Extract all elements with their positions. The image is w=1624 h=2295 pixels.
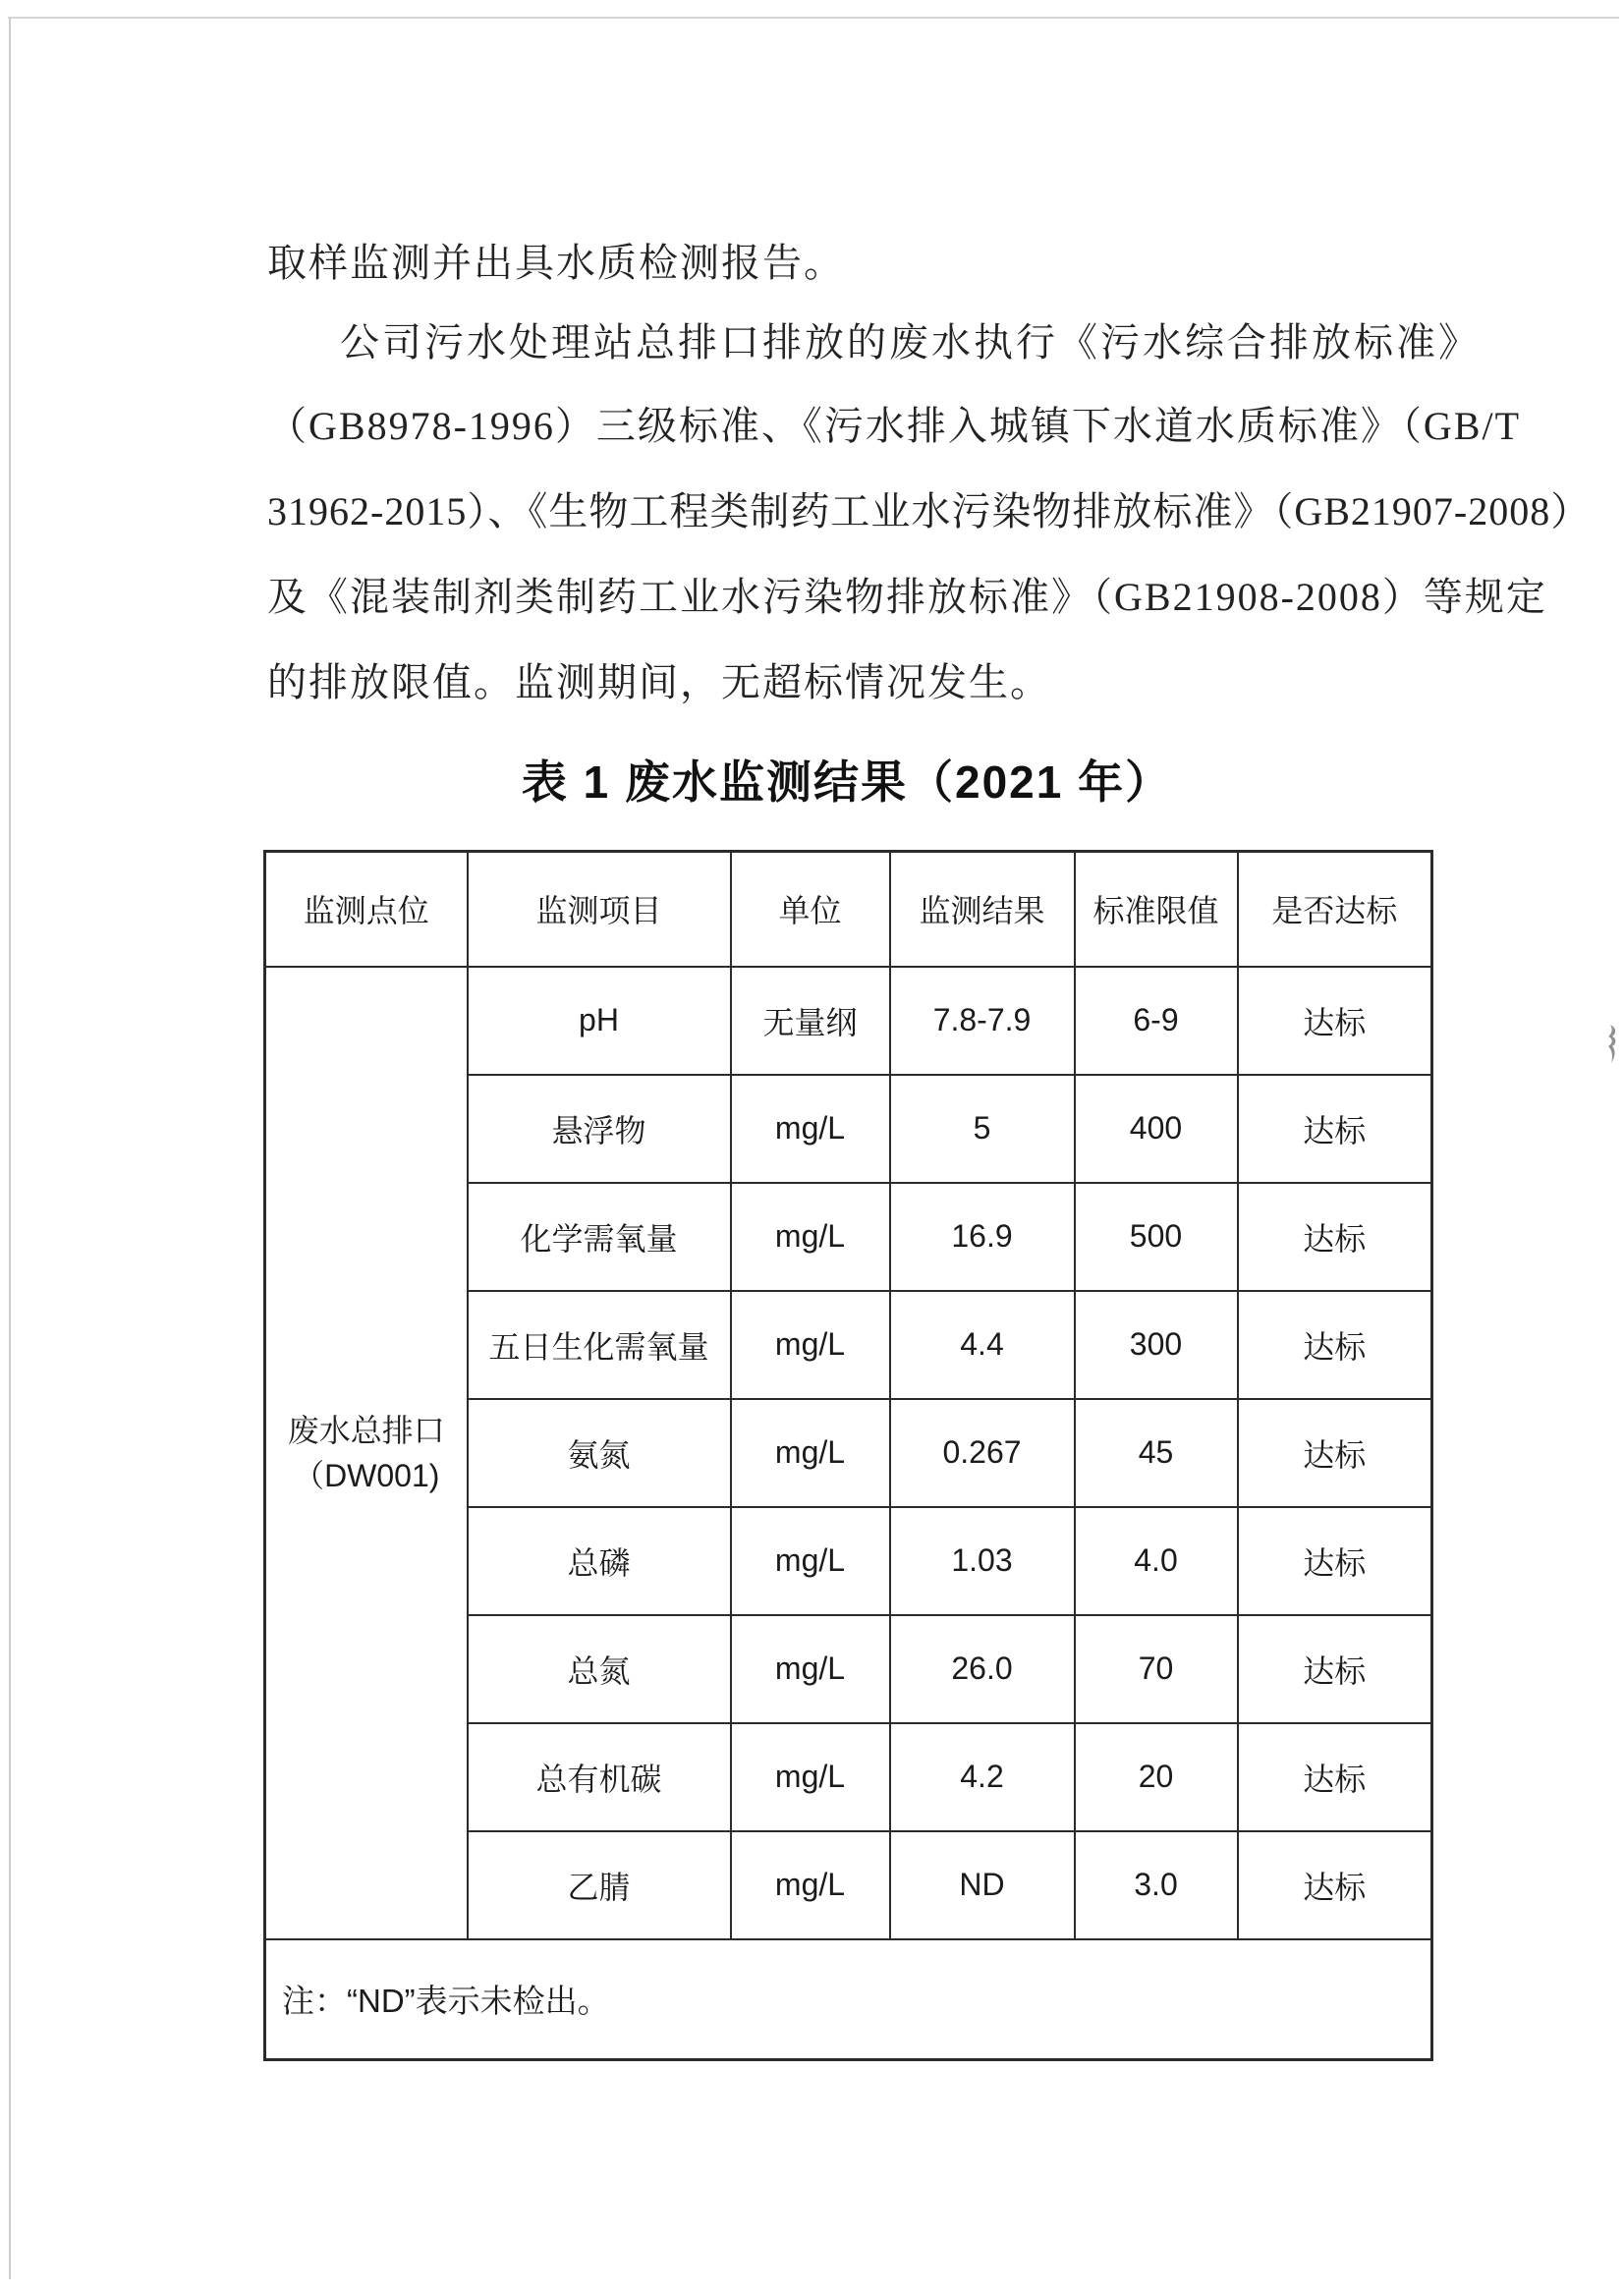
cell-limit: 20 — [1075, 1723, 1238, 1831]
cell-result: 7.8-7.9 — [890, 967, 1075, 1075]
cell-unit: mg/L — [731, 1291, 890, 1399]
paragraph-line: 的排放限值。监测期间，无超标情况发生。 — [267, 661, 1436, 704]
cell-status: 达标 — [1238, 967, 1432, 1075]
scan-edge-top — [8, 17, 1619, 19]
monitoring-results-table: 监测点位 监测项目 单位 监测结果 标准限值 是否达标 废水总排口 （DW001… — [263, 850, 1433, 2061]
cell-item: 总有机碳 — [468, 1723, 731, 1831]
header-unit: 单位 — [731, 852, 890, 967]
cell-item: 总氮 — [468, 1615, 731, 1723]
cell-result: 1.03 — [890, 1507, 1075, 1615]
cell-limit: 500 — [1075, 1183, 1238, 1291]
cell-status: 达标 — [1238, 1183, 1432, 1291]
paragraph-line: （GB8978-1996）三级标准、《污水排入城镇下水道水质标准》（GB/T — [267, 405, 1436, 448]
table-title: 表 1 废水监测结果（2021 年） — [263, 747, 1430, 812]
cell-result: 16.9 — [890, 1183, 1075, 1291]
cell-unit: mg/L — [731, 1615, 890, 1723]
cell-limit: 3.0 — [1075, 1831, 1238, 1939]
cell-status: 达标 — [1238, 1399, 1432, 1507]
cell-limit: 45 — [1075, 1399, 1238, 1507]
cell-result: 4.4 — [890, 1291, 1075, 1399]
cell-unit: 无量纲 — [731, 967, 890, 1075]
cell-result: ND — [890, 1831, 1075, 1939]
table-note-row: 注：“ND”表示未检出。 — [265, 1939, 1432, 2060]
cell-status: 达标 — [1238, 1831, 1432, 1939]
cell-item: 乙腈 — [468, 1831, 731, 1939]
cell-result: 0.267 — [890, 1399, 1075, 1507]
cell-limit: 300 — [1075, 1291, 1238, 1399]
header-standard-limit: 标准限值 — [1075, 852, 1238, 967]
header-monitoring-point: 监测点位 — [265, 852, 468, 967]
cell-site: 废水总排口 （DW001) — [265, 967, 468, 1939]
paragraph-line: 31962-2015）、《生物工程类制药工业水污染物排放标准》（GB21907-… — [267, 490, 1436, 533]
cell-result: 5 — [890, 1075, 1075, 1183]
cell-status: 达标 — [1238, 1291, 1432, 1399]
document-page: 取样监测并出具水质检测报告。 公司污水处理站总排口排放的废水执行《污水综合排放标… — [0, 0, 1624, 2295]
cell-status: 达标 — [1238, 1723, 1432, 1831]
scan-edge-left — [9, 17, 11, 2279]
cell-limit: 400 — [1075, 1075, 1238, 1183]
cell-status: 达标 — [1238, 1075, 1432, 1183]
header-result: 监测结果 — [890, 852, 1075, 967]
paragraph-line: 取样监测并出具水质检测报告。 — [267, 242, 1436, 285]
table-note: 注：“ND”表示未检出。 — [265, 1939, 1432, 2060]
cell-unit: mg/L — [731, 1507, 890, 1615]
cell-unit: mg/L — [731, 1723, 890, 1831]
pen-mark-artifact — [1603, 1024, 1619, 1065]
site-name: 废水总排口 — [270, 1408, 463, 1453]
cell-item: pH — [468, 967, 731, 1075]
header-compliance: 是否达标 — [1238, 852, 1432, 967]
header-monitoring-item: 监测项目 — [468, 852, 731, 967]
cell-limit: 70 — [1075, 1615, 1238, 1723]
paragraph-line: 公司污水处理站总排口排放的废水执行《污水综合排放标准》 — [267, 321, 1436, 364]
cell-limit: 4.0 — [1075, 1507, 1238, 1615]
site-code: （DW001) — [270, 1453, 463, 1498]
cell-unit: mg/L — [731, 1075, 890, 1183]
cell-item: 总磷 — [468, 1507, 731, 1615]
table-row: 废水总排口 （DW001) pH 无量纲 7.8-7.9 6-9 达标 — [265, 967, 1432, 1075]
cell-result: 4.2 — [890, 1723, 1075, 1831]
cell-item: 五日生化需氧量 — [468, 1291, 731, 1399]
table-header-row: 监测点位 监测项目 单位 监测结果 标准限值 是否达标 — [265, 852, 1432, 967]
cell-unit: mg/L — [731, 1831, 890, 1939]
cell-item: 悬浮物 — [468, 1075, 731, 1183]
cell-result: 26.0 — [890, 1615, 1075, 1723]
paragraph-line: 及《混装制剂类制药工业水污染物排放标准》（GB21908-2008）等规定 — [267, 576, 1436, 619]
cell-limit: 6-9 — [1075, 967, 1238, 1075]
cell-status: 达标 — [1238, 1507, 1432, 1615]
cell-unit: mg/L — [731, 1183, 890, 1291]
cell-item: 化学需氧量 — [468, 1183, 731, 1291]
cell-status: 达标 — [1238, 1615, 1432, 1723]
cell-item: 氨氮 — [468, 1399, 731, 1507]
cell-unit: mg/L — [731, 1399, 890, 1507]
